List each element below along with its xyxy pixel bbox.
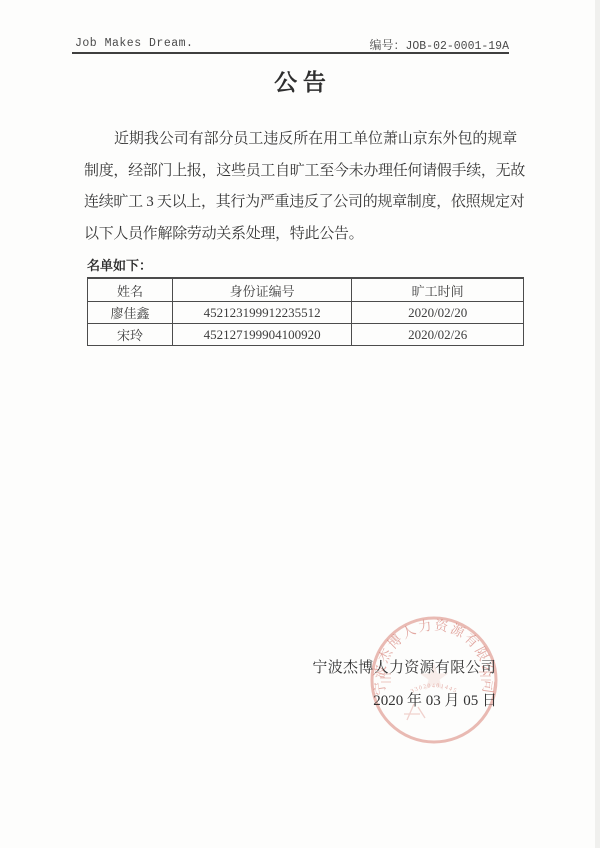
column-header: 旷工时间 [352,278,524,302]
roster-label: 名单如下： [87,255,152,274]
document-number: 编号：JOB-02-0001-19A [369,36,509,53]
body-line: 近期我公司有部分员工违反所在用工单位萧山京东外包的规章 [84,124,517,156]
table-row: 廖佳鑫4521231999122355122020/02/20 [88,302,524,324]
scan-edge-shadow [595,0,600,848]
announcement-document: Job Makes Dream. 编号：JOB-02-0001-19A 公 告 … [0,0,600,848]
roster-header-row: 姓名身份证编号旷工时间 [88,278,524,302]
roster-table: 姓名身份证编号旷工时间 廖佳鑫4521231999122355122020/02… [87,277,524,346]
table-cell: 2020/02/20 [352,302,524,324]
body-line: 制度，经部门上报，这些员工自旷工至今未办理任何请假手续，无故 [84,156,517,188]
document-title: 公 告 [0,64,600,97]
footer-date: 2020 年 03 月 05 日 [373,689,497,710]
document-number-label: 编号： [369,38,405,52]
column-header: 身份证编号 [172,278,351,302]
roster-body: 廖佳鑫4521231999122355122020/02/20宋玲4521271… [88,302,524,346]
announcement-body: 近期我公司有部分员工违反所在用工单位萧山京东外包的规章制度，经部门上报，这些员工… [84,124,517,250]
table-cell: 2020/02/26 [352,324,524,346]
body-line: 连续旷工 3 天以上，其行为严重违反了公司的规章制度，依照规定对 [84,187,517,219]
table-row: 宋玲4521271999041009202020/02/26 [88,324,524,346]
header-divider [72,52,509,54]
table-cell: 宋玲 [88,324,173,346]
footer-company-name: 宁波杰博人力资源有限公司 [312,656,496,677]
table-cell: 廖佳鑫 [88,302,173,324]
table-cell: 452123199912235512 [172,302,351,324]
company-seal-stamp: 宁波杰博人力资源有限公司 33020401445 [366,612,502,748]
body-line: 以下人员作解除劳动关系处理，特此公告。 [84,219,517,251]
column-header: 姓名 [88,278,173,302]
company-slogan: Job Makes Dream. [75,37,193,50]
table-cell: 452127199904100920 [172,324,351,346]
